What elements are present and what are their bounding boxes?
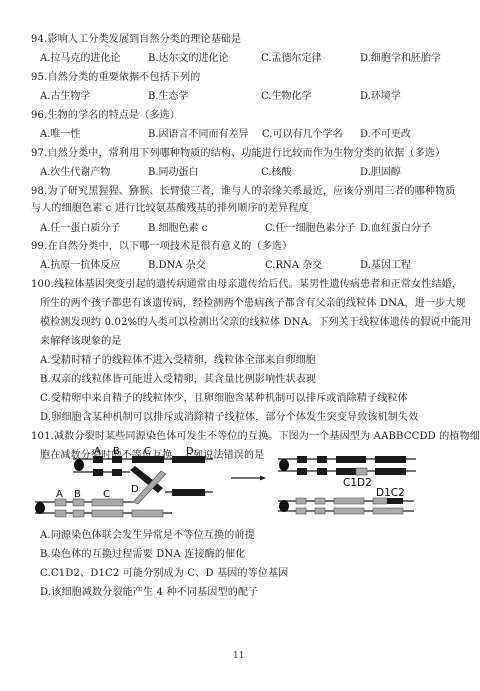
arrow-icon (231, 476, 266, 481)
label-b: B (113, 446, 120, 457)
left-bottom-chromosome: A B C D (35, 471, 172, 517)
label-d: D (186, 446, 194, 457)
label-a: A (94, 446, 101, 457)
label-c1d2: C1D2 (343, 477, 372, 489)
page-number: 11 (233, 651, 244, 661)
label-c: C (103, 489, 110, 500)
question-101-option-b: B.染色体的互换过程需要 DNA 连接酶的催化 (40, 548, 245, 562)
left-top-chromosome: A B C D (73, 446, 213, 496)
question-101-option-c: C.C1D2、D1C2 可能分别成为 C、D 基因的等位基因 (40, 567, 288, 581)
label-c: C (144, 446, 151, 457)
label-d: D (131, 484, 139, 495)
label-b: B (74, 489, 81, 500)
right-bottom-chromosome: D1C2 (278, 487, 414, 514)
label-d1c2: D1C2 (376, 487, 405, 499)
question-101-option-a: A.同源染色体联会发生异常是不等位互换的前提 (40, 529, 255, 543)
question-101-option-d: D.该细胞减数分裂能产生 4 种不同基因型的配子 (40, 586, 258, 600)
label-a: A (56, 489, 63, 500)
right-top-chromosome: C1D2 (278, 456, 416, 489)
